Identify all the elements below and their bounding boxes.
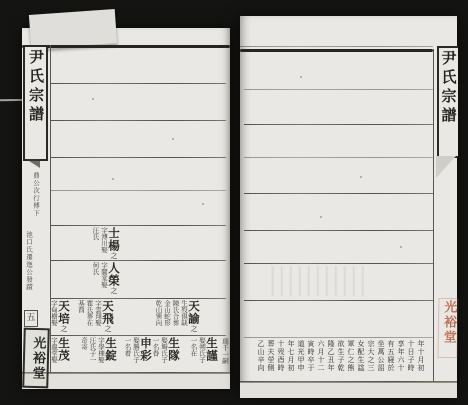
rule-line: [244, 300, 433, 301]
rule-line: [244, 124, 433, 125]
obituary-column: 欲生子乾: [336, 340, 346, 378]
fold-mark: [436, 156, 456, 178]
ancestor-entry: 生謹 娶朔氏子 一名在: [187, 337, 218, 371]
obituary-column: 軍仁之熊: [346, 340, 356, 378]
ancestor-name: 人榮之: [107, 262, 120, 296]
entry-annotation: 何氏: [91, 262, 99, 296]
rule-line: [50, 335, 226, 336]
left-page: 尹氏宗譜 鼎公次行傳下 池口氏遷迤公發蹟 五 光裕堂 士楊之 字溥川娶 汪氏 人…: [22, 28, 230, 388]
entry-annotation: 金山蛇形: [163, 300, 171, 334]
obituary-column: 葬夫塋側: [266, 340, 276, 378]
ancestor-entry: 生茂 字龍堂娶: [50, 337, 70, 371]
entry-annotation: 字龍堂娶: [50, 337, 58, 371]
obituary-column: 隆乙丑年: [326, 340, 336, 378]
right-page: 尹氏宗譜 光裕堂 年十月初 十日子時 享年六十 有五寢於 坐萬公詔 宗大之三 女…: [240, 16, 457, 397]
ancestor-name: 生隊: [167, 337, 180, 371]
entry-annotation: 乾山巽向: [154, 300, 162, 334]
ancestor-name: 生錠: [104, 337, 117, 371]
spine-note: 鼎公次行傳下: [32, 172, 40, 226]
ancestor-entry: 人榮之 字閬棠娶 何氏: [84, 262, 120, 296]
edge-partial-column: 瑞千一嗣: [221, 338, 229, 371]
ancestor-name: 天諭之: [187, 300, 200, 334]
entry-annotation: 基酉: [77, 300, 85, 334]
rule-line: [244, 337, 433, 338]
entry-annotation: 汪氏子一: [88, 337, 96, 371]
hall-stamp-red: 光裕堂: [437, 298, 458, 358]
ancestor-name: 申彩: [139, 337, 152, 371]
entry-annotation: 娶朔氏子: [198, 337, 206, 371]
book-photo: 尹氏宗譜 鼎公次行傳下 池口氏遷迤公發蹟 五 光裕堂 士楊之 字溥川娶 汪氏 人…: [0, 0, 468, 405]
obituary-column: 寅時卒于: [306, 340, 316, 378]
obituary-column: 坐萬公詔: [376, 340, 386, 378]
entry-annotation: 汪氏: [91, 227, 99, 261]
entry-annotation: 陳氏合葬: [171, 300, 179, 334]
rule-line: [50, 120, 226, 121]
ancestor-entry: 申彩 娶勝氏子 一名着: [127, 337, 152, 371]
speck: [320, 216, 322, 218]
obituary-column: 六月十二: [316, 340, 326, 378]
page-bottom-edge: [240, 382, 457, 398]
ancestor-name: 士楊之: [107, 227, 120, 261]
rule-line: [240, 49, 433, 52]
rule-line: [22, 45, 230, 48]
obituary-column: 十日子時: [406, 340, 416, 378]
entry-annotation: 字閬棠娶: [100, 262, 108, 296]
entry-annotation: 字雲翔娶: [94, 300, 102, 334]
ancestor-entry: 天飛之 字雲翔娶 瞿氏葬在 基酉: [81, 300, 114, 334]
spine-divider-line: [433, 49, 434, 381]
entry-annotation: 字甸樹娶: [50, 300, 58, 334]
obituary-column: 乙山辛向: [256, 340, 266, 378]
ancestor-name: 生謹: [205, 337, 218, 371]
ancestor-name: 生茂: [57, 337, 70, 371]
fold-mark: [26, 159, 40, 168]
entry-annotation: 生殁俱缺: [180, 300, 188, 334]
obituary-row: 年十月初 十日子時 享年六十 有五寢於 坐萬公詔 宗大之三 女配生諡 軍仁之熊 …: [246, 340, 426, 378]
obituary-column: 享年六十: [396, 340, 406, 378]
rule-line: [50, 298, 226, 299]
entry-annotation: 一名在: [189, 337, 197, 371]
rule-line: [244, 89, 433, 90]
entry-annotation: 字溥川娶: [100, 227, 108, 261]
rule-line: [50, 157, 226, 158]
obituary-column: 有五寢於: [386, 340, 396, 378]
entry-annotation: 字學棟娶: [97, 337, 105, 371]
ancestor-name: 天飛之: [101, 300, 114, 334]
rule-line: [244, 230, 433, 231]
rule-line: [244, 157, 433, 158]
speck: [300, 76, 302, 78]
spine-title: 尹氏宗譜: [440, 50, 458, 126]
speck: [202, 203, 204, 205]
obituary-column: 年七月初: [286, 340, 296, 378]
rule-line: [244, 193, 433, 194]
ancestor-entry: 天培之 字甸樹娶: [51, 300, 70, 334]
speck: [360, 176, 362, 178]
rule-line: [240, 46, 433, 47]
ancestor-name: 天培之: [57, 300, 70, 334]
page-number: 五: [24, 310, 38, 327]
left-spine-title-box: 尹氏宗譜: [23, 45, 48, 161]
obituary-column: 年十月初: [416, 340, 426, 378]
obituary-column: 道光甲申: [296, 340, 306, 378]
rule-line: [50, 83, 226, 84]
speck: [92, 98, 94, 100]
speck: [112, 178, 114, 180]
speck: [172, 138, 174, 140]
spine-title: 尹氏宗譜: [26, 49, 45, 125]
hall-stamp: 光裕堂: [22, 328, 50, 389]
entry-annotation: 娶塒氏子: [160, 337, 168, 371]
entry-annotation: 奇寄: [80, 337, 88, 371]
right-spine-title-box: 尹氏宗譜: [437, 46, 458, 158]
ancestor-entry: 士楊之 字溥川娶 汪氏: [84, 227, 120, 261]
entry-annotation: 娶勝氏子: [132, 337, 140, 371]
obituary-column: 女配生諡: [356, 340, 366, 378]
entry-annotation: 一名着: [123, 337, 131, 371]
ancestor-entry: 生隊 娶塒氏子 一名眷: [152, 337, 180, 371]
spine-note: 池口氏遷迤公發蹟: [25, 231, 33, 309]
page-corner-curl: [29, 9, 117, 50]
page-bottom-edge: [22, 373, 230, 389]
obituary-column: 十歿酉時: [276, 340, 286, 378]
rule-line: [244, 263, 433, 264]
ghost-bleedthrough: [272, 266, 364, 296]
ancestor-entry: 生錠 字學棟娶 汪氏子一 奇寄: [85, 337, 117, 371]
entry-annotation: 瞿氏葬在: [85, 300, 93, 334]
rule-line: [50, 225, 226, 226]
speck: [400, 246, 402, 248]
rule-line: [50, 260, 226, 261]
rule-line: [50, 190, 226, 191]
obituary-column: 宗大之三: [366, 340, 376, 378]
ancestor-entry: 天諭之 生殁俱缺 陳氏合葬 金山蛇形 乾山巽向: [148, 300, 200, 334]
